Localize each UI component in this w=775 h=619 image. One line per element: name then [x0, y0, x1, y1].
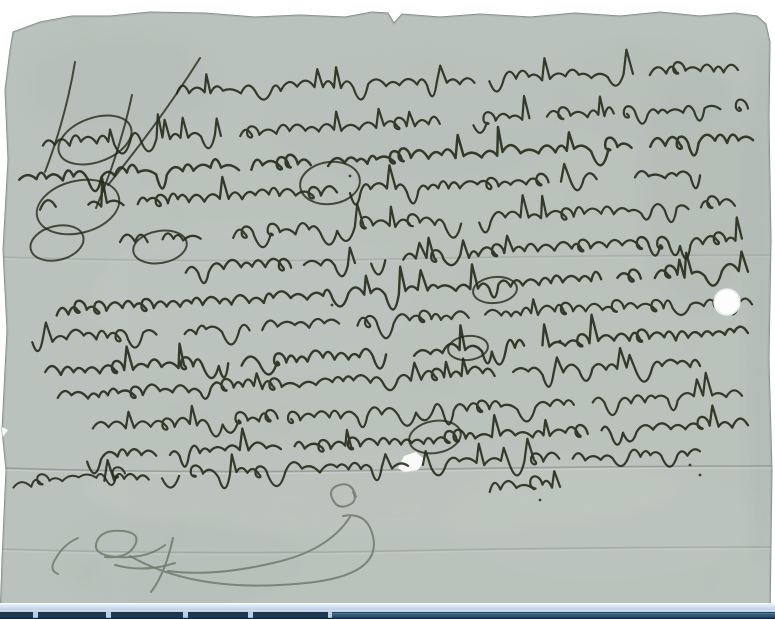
ink-dot — [331, 304, 334, 307]
ink-dot — [349, 175, 352, 178]
ink-dot — [699, 474, 702, 477]
ink-dot — [559, 340, 562, 343]
screen — [0, 0, 775, 619]
taskbar-divider — [0, 611, 775, 612]
taskbar — [0, 603, 775, 619]
hole-punch — [714, 289, 740, 315]
manuscript-scan — [0, 0, 775, 619]
ink-dot — [689, 464, 692, 467]
paper-grain — [0, 0, 775, 619]
taskbar-band — [0, 604, 775, 610]
paper — [0, 0, 775, 619]
ink-dot — [539, 499, 542, 502]
taskbar-top-highlight — [0, 603, 775, 604]
